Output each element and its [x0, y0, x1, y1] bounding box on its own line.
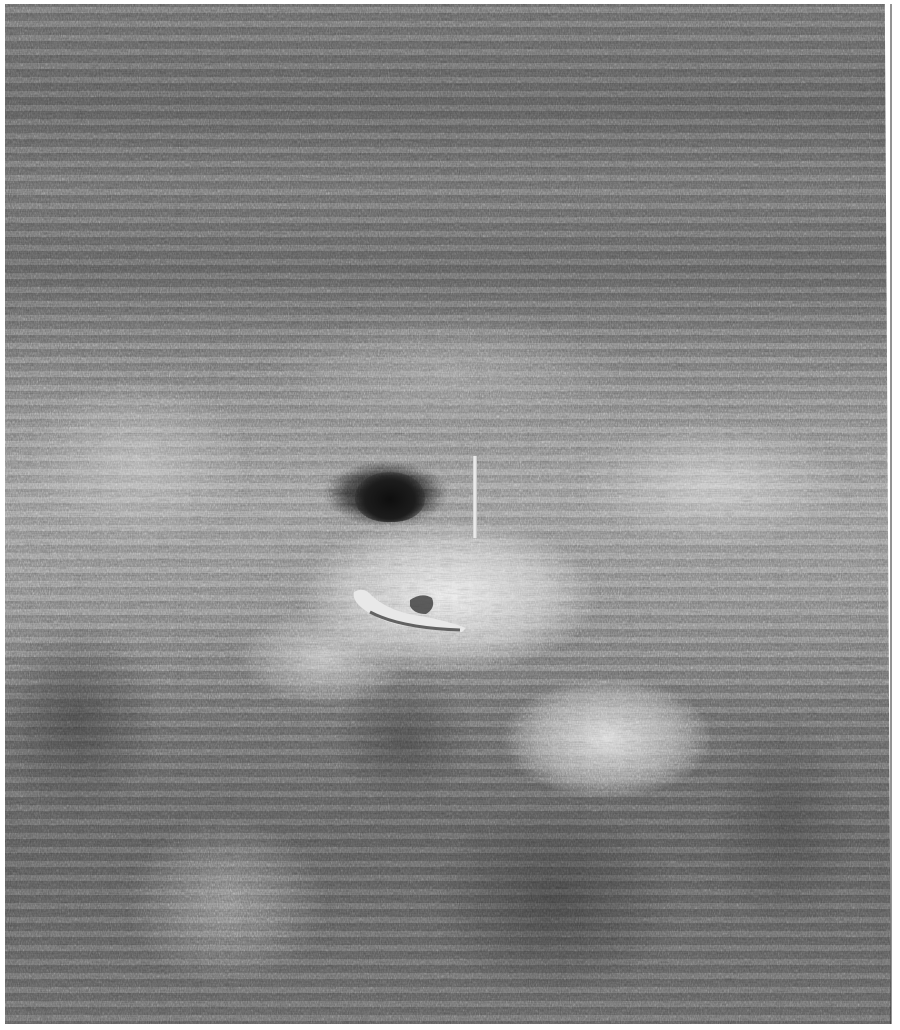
animal-lying	[350, 582, 470, 634]
marker-stake	[473, 456, 477, 538]
photograph	[5, 4, 891, 1024]
grass-stroke-texture	[5, 4, 891, 1024]
photo-border	[890, 4, 892, 1024]
burrow-entrance	[355, 472, 425, 522]
